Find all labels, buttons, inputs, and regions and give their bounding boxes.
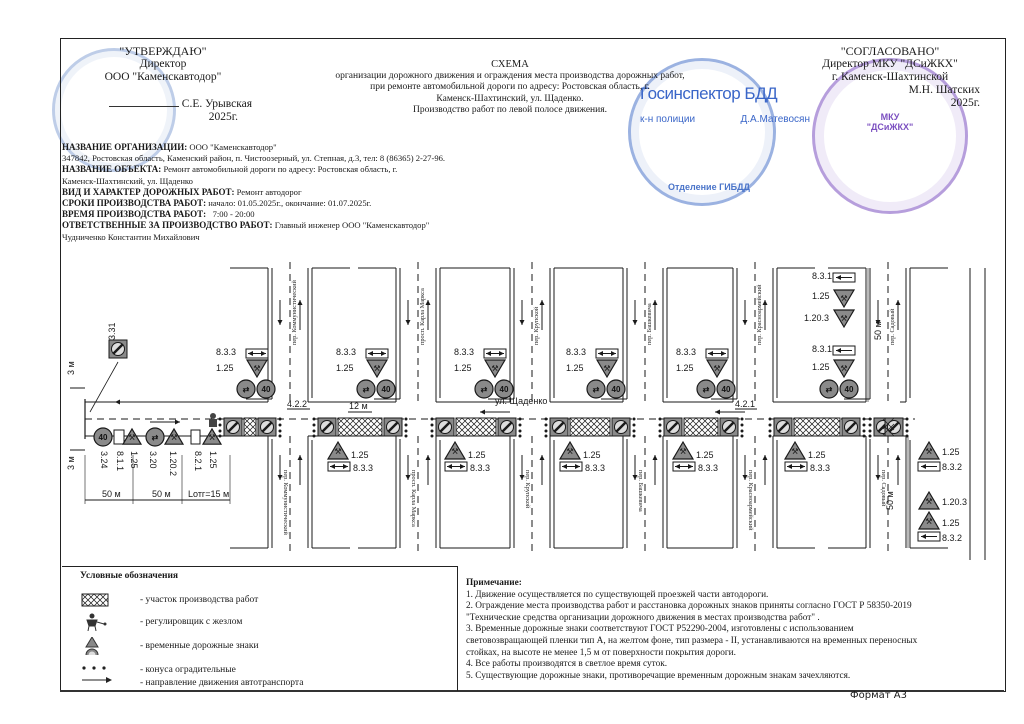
sign-glyph: ⚒ [170,433,177,442]
sign-glyph: ⚒ [679,447,686,456]
cone-icon [741,418,744,421]
traffic-direction-arrow [406,475,411,480]
street-name-north: пер. Садовый [889,308,896,345]
legend-label: - регулировщик с жезлом [140,617,242,627]
dimension-50m-1: 50 м [102,489,121,499]
sign-value: ⇄ [593,385,600,394]
sign-glyph: ⚒ [491,364,498,373]
sign-3-20-label: 3.20 [148,451,158,469]
traffic-direction-arrow [763,455,768,460]
sign-1-25-label: 1.25 [942,447,960,457]
cone-icon [863,424,866,427]
sign-glyph: ⚒ [334,447,341,456]
legend: Условные обозначения - участок производс… [62,566,458,691]
sign-1-25-label: 1.25 [808,450,826,460]
sign-glyph: ⚒ [253,364,260,373]
cone-icon [741,430,744,433]
sign-glyph: ⚒ [791,447,798,456]
cone-icon [769,424,772,427]
cone-icon [219,424,222,427]
sign-1-20-3-label: 1.20.3 [942,497,967,507]
traffic-direction-arrow [480,410,485,415]
traffic-direction-arrow [653,455,658,460]
cone-icon [869,424,872,427]
cone-icon [519,424,522,427]
legend-title: Условные обозначения [80,571,178,581]
cone-icon [633,424,636,427]
sign-1-25-label: 1.25 [566,363,584,373]
traffic-direction-arrow [298,455,303,460]
cone-icon [906,424,909,427]
sign-glyph: ⚒ [840,294,847,303]
cone-icon [405,430,408,433]
traffic-direction-arrow [175,420,180,425]
traffic-direction-arrow [426,300,431,305]
cone-icon [659,430,662,433]
cone-icon [741,435,744,438]
sign-8-3-3-label: 8.3.3 [353,463,373,473]
sign-1-20-3-label: 1.20.3 [804,313,829,323]
sign-value: ⇄ [243,385,250,394]
sign-value: ⇄ [152,433,159,442]
sign-8-3-3-label: 8.3.3 [336,347,356,357]
sign-value: ⇄ [826,385,833,394]
cone-icon [313,430,316,433]
cone-icon [519,430,522,433]
sign-8-3-3-label: 8.3.3 [566,347,586,357]
cone-icon [633,430,636,433]
street-name-north: пер. Коммунистический [291,280,298,345]
sign-1-25-label: 1.25 [336,363,354,373]
sign-glyph: ⚒ [925,517,932,526]
sign-value: 40 [500,385,509,394]
cone-icon [313,435,316,438]
traffic-direction-arrow [633,320,638,325]
traffic-direction-arrow [876,475,881,480]
note-line: световозвращающей пленки тип А, на желто… [466,636,996,648]
cone-icon [869,430,872,433]
traffic-direction-arrow [520,475,525,480]
sign-value: 40 [262,385,271,394]
cone-icon [659,418,662,421]
note-line: 4. Все работы производятся в светлое вре… [466,659,996,671]
street-name-north: пер. Крупской [533,306,540,345]
traffic-direction-arrow [540,300,545,305]
cone-icon [741,424,744,427]
traffic-direction-arrow [896,455,901,460]
traffic-direction-arrow [520,320,525,325]
cone-icon [545,418,548,421]
sheet-format: Формат А3 [850,690,907,701]
cone-icon [519,435,522,438]
cone-icon [279,424,282,427]
dimension-50m-bottom: 50 м [885,491,895,510]
cone-icon [405,418,408,421]
traffic-direction-arrow [715,410,720,415]
dimension-3m-bottom: 3 м [66,456,76,470]
sign-glyph: ⚒ [603,364,610,373]
street-name-south: пер. Коммунистический [282,470,289,535]
distance-plate-icon [114,430,124,444]
traffic-direction-arrow [406,320,411,325]
note-line: 5. Существующие дорожные знаки, противор… [466,671,996,683]
cone-icon [431,424,434,427]
sign-8-2-1-label: 8.2.1 [193,451,203,471]
street-name-north: пер. Башкевича [646,303,653,345]
sign-8-1-1-label: 8.1.1 [115,451,125,471]
cone-icon [769,418,772,421]
sign-glyph: ⚒ [373,364,380,373]
traffic-direction-arrow [896,300,901,305]
cone-icon [633,435,636,438]
cone-icon [219,430,222,433]
road-line [90,362,118,412]
notes: Примечание: 1. Движение осуществляется п… [466,578,996,682]
sign-value: ⇄ [363,385,370,394]
traffic-direction-arrow [426,455,431,460]
legend-item-controller: - регулировщик с жезлом [80,613,242,631]
sign-glyph: ⚒ [840,364,847,373]
traffic-direction-arrow [743,475,748,480]
cone-icon [633,418,636,421]
legend-item-work-zone: - участок производства работ [80,591,258,609]
cone-icon [545,430,548,433]
cone-icon [869,435,872,438]
work-zone-icon [244,418,256,436]
dimension-3m-top: 3 м [66,361,76,375]
sign-8-3-3-label: 8.3.3 [676,347,696,357]
cone-icon [769,435,772,438]
street-name-south: пер. Крупской [524,470,531,509]
legend-label: - направление движения автотранспорта [140,678,303,688]
sign-value: ⇄ [703,385,710,394]
cone-icon [545,435,548,438]
sign-value: 40 [612,385,621,394]
note-line: стойках, на высоте не менее 1,5 м от пов… [466,648,996,660]
sign-8-3-3-label: 8.3.3 [454,347,474,357]
cone-icon [863,430,866,433]
sign-8-3-2-label: 8.3.2 [942,533,962,543]
note-line: 2. Ограждение места производства работ и… [466,601,996,613]
sign-8-3-3-label: 8.3.3 [216,347,236,357]
sign-1-25-label: 1.25 [216,363,234,373]
notes-title: Примечание: [466,578,996,590]
marking-4-2-1: 4.2.1 [735,399,755,409]
traffic-direction-arrow [763,300,768,305]
traffic-direction-arrow [633,475,638,480]
cone-icon [405,435,408,438]
sign-glyph: ⚒ [925,497,932,506]
note-line: 3. Временные дорожные знаки соответствую… [466,624,996,636]
cone-icon [219,435,222,438]
sign-glyph: ⚒ [840,314,847,323]
cone-icon [279,418,282,421]
sign-glyph: ⚒ [208,433,215,442]
sign-8-3-3-label: 8.3.3 [585,463,605,473]
dimension-50m-2: 50 м [152,489,171,499]
traffic-direction-icon [80,674,120,692]
cone-icon [313,424,316,427]
cone-icon [906,430,909,433]
temporary-sign-icon [80,637,120,655]
sign-1-25-label: 1.25 [676,363,694,373]
sign-1-25-label: 1.25 [942,518,960,528]
sign-1-25-label: 1.25 [129,451,139,469]
traffic-direction-arrow [278,320,283,325]
sign-1-25-label: 1.25 [468,450,486,460]
sign-8-3-2-label: 8.3.2 [942,462,962,472]
work-zone-icon [684,418,718,436]
cone-icon [431,435,434,438]
note-line: 1. Движение осуществляется по существующ… [466,590,996,602]
work-zone-icon [80,591,120,609]
sign-value: 40 [99,433,108,442]
marking-4-2-2: 4.2.2 [287,399,307,409]
street-name-south: пер. Красноармейский [747,470,754,531]
traffic-direction-arrow [278,475,283,480]
cone-icon [863,435,866,438]
distance-plate-icon [191,430,200,444]
note-line: "Технические средства организации дорожн… [466,613,996,625]
sign-1-25-label: 1.25 [696,450,714,460]
cone-icon [863,418,866,421]
sign-8-3-1-label: 8.3.1 [812,344,832,354]
legend-item-direction: - направление движения автотранспорта [80,674,303,692]
cone-icon [279,430,282,433]
traffic-direction-arrow [743,320,748,325]
street-name-south: просп. Карла Маркса [410,470,417,527]
sign-glyph: ⚒ [925,447,932,456]
traffic-controller-icon [210,413,216,419]
cone-icon [545,424,548,427]
cone-icon [313,418,316,421]
sign-8-3-3-label: 8.3.3 [698,463,718,473]
sign-glyph: ⚒ [566,447,573,456]
cone-icon [769,430,772,433]
sign-1-25-label: 1.25 [351,450,369,460]
cone-icon [219,418,222,421]
sign-glyph: ⚒ [451,447,458,456]
sign-3-24-label: 3.24 [99,451,109,469]
legend-label: - временные дорожные знаки [140,641,259,651]
sign-value: ⇄ [481,385,488,394]
dimension-50m-top: 50 м [873,321,883,340]
cone-icon [405,424,408,427]
traffic-direction-arrow [298,300,303,305]
cone-icon [659,435,662,438]
traffic-controller-icon [80,613,120,631]
sign-value: 40 [382,385,391,394]
traffic-controller-body [209,419,217,427]
work-zone-icon [338,418,382,436]
street-name-north: просп. Карла Маркса [419,288,426,345]
sign-1-25-label: 1.25 [812,362,830,372]
cone-icon [519,418,522,421]
street-name-north: пер. Красноармейский [756,284,763,345]
cone-icon [431,418,434,421]
cone-icon [906,418,909,421]
sign-value: 40 [845,385,854,394]
sign-1-25-label: 1.25 [454,363,472,373]
sign-1-25-label: 1.25 [208,451,218,469]
work-zone-icon [570,418,610,436]
legend-item-temp-signs: - временные дорожные знаки [80,637,259,655]
dimension-12m: 12 м [349,401,368,411]
cone-icon [869,418,872,421]
sign-value: 40 [722,385,731,394]
sign-8-3-3-label: 8.3.3 [470,463,490,473]
street-name-south: пер. Башкевича [637,470,644,512]
cone-icon [279,435,282,438]
sign-1-25-label: 1.25 [812,291,830,301]
work-zone-icon [456,418,496,436]
traffic-direction-arrow [115,400,120,405]
sign-glyph: ⚒ [713,364,720,373]
sign-1-25-label: 1.25 [583,450,601,460]
traffic-direction-arrow [540,455,545,460]
sign-1-20-2-label: 1.20.2 [168,451,178,476]
cone-icon [659,424,662,427]
sign-3-31-label: 3.31 [107,322,117,340]
traffic-direction-arrow [653,300,658,305]
legend-label: - участок производства работ [140,595,258,605]
sign-glyph: ⚒ [128,433,135,442]
sign-8-3-1-label: 8.3.1 [812,271,832,281]
cone-icon [431,430,434,433]
sign-8-3-3-label: 8.3.3 [810,463,830,473]
dimension-lotg: Lотг=15 м [188,489,229,499]
